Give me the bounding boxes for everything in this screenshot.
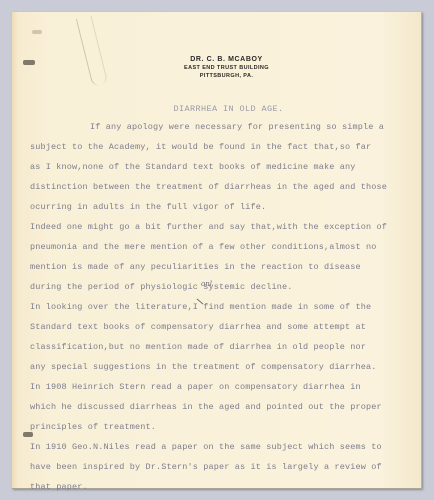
body-line: have been inspired by Dr.Stern's paper a… — [30, 457, 425, 477]
body-line: If any apology were necessary for presen… — [30, 117, 425, 137]
body-line: ocurring in adults in the full vigor of … — [30, 197, 425, 217]
body-line: principles of treatment. — [30, 417, 425, 437]
body-line: mention is made of any peculiarities in … — [30, 257, 425, 277]
body-line: subject to the Academy, it would be foun… — [30, 137, 425, 157]
body-line: that paper. — [30, 477, 425, 497]
letterhead: DR. C. B. MCABOY EAST END TRUST BUILDING… — [12, 55, 421, 80]
body-line: classification,but no mention made of di… — [30, 337, 425, 357]
handwritten-insertion: onl — [201, 280, 212, 288]
body-line: pneumonia and the mere mention of a few … — [30, 237, 425, 257]
body-line: as I know,none of the Standard text book… — [30, 157, 425, 177]
body-line: Indeed one might go a bit further and sa… — [30, 217, 425, 237]
letter-page: DR. C. B. MCABOY EAST END TRUST BUILDING… — [12, 12, 422, 489]
body-line: In 1908 Heinrich Stern read a paper on c… — [30, 377, 425, 397]
body-line: In looking over the literature,I find me… — [30, 297, 425, 317]
document-body: If any apology were necessary for presen… — [30, 117, 425, 497]
body-line: which he discussed diarrheas in the aged… — [30, 397, 425, 417]
body-line: In 1910 Geo.N.Niles read a paper on the … — [30, 437, 425, 457]
letterhead-address-1: EAST END TRUST BUILDING — [32, 64, 421, 72]
paper-smudge — [32, 30, 42, 34]
document-title: DIARRHEA IN OLD AGE. — [12, 104, 421, 114]
letterhead-address-2: PITTSBURGH, PA. — [32, 72, 421, 80]
body-line: any special suggestions in the treatment… — [30, 357, 425, 377]
body-line: Standard text books of compensatory diar… — [30, 317, 425, 337]
letterhead-name: DR. C. B. MCABOY — [32, 55, 421, 64]
body-line: during the period of physiologic systemi… — [30, 277, 425, 297]
body-line: distinction between the treatment of dia… — [30, 177, 425, 197]
